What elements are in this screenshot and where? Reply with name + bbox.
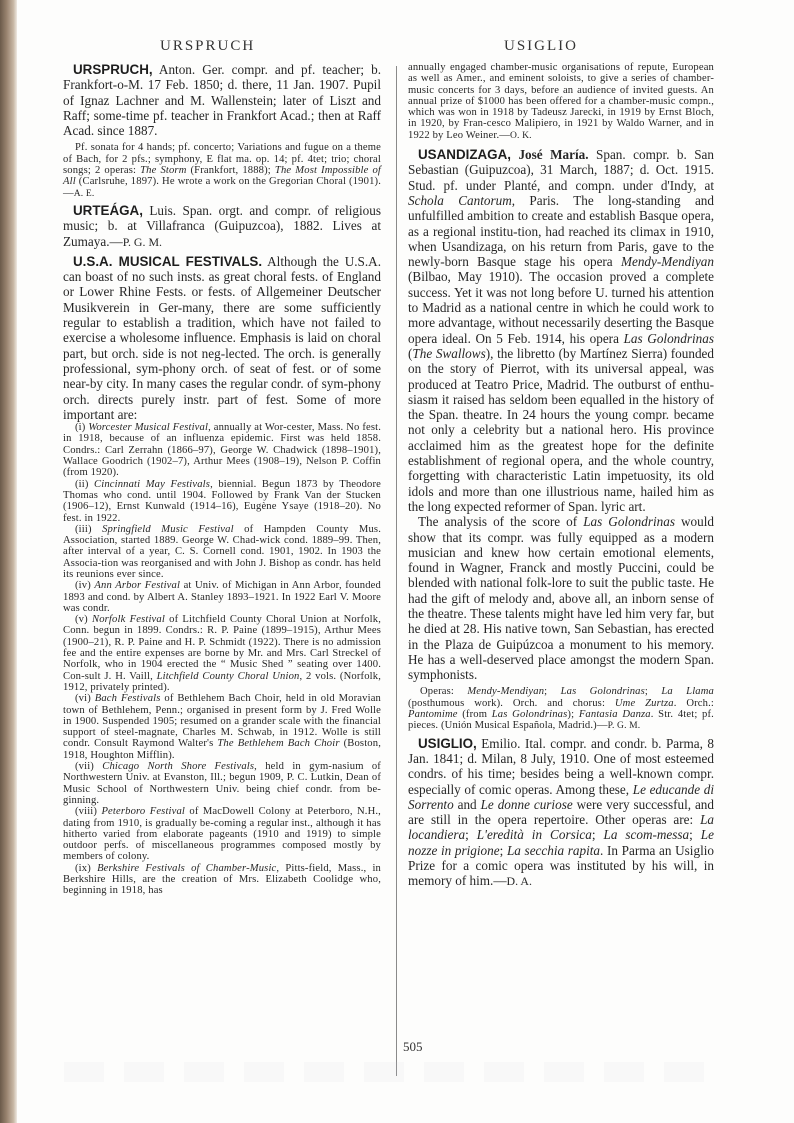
show-through-bleed xyxy=(64,1062,724,1082)
festival-item-7: (vii) Chicago North Shore Festivals, hel… xyxy=(63,761,381,806)
festival-item-3: (iii) Springfield Music Festival of Hamp… xyxy=(63,524,381,580)
right-column: annually engaged chamber-music organisat… xyxy=(408,62,714,890)
contributor-signature: O. K. xyxy=(510,130,532,141)
entry-usiglio: USIGLIO, Emilio. Ital. compr. and condr.… xyxy=(408,736,714,890)
festival-item-6: (vi) Bach Festivals of Bethlehem Bach Ch… xyxy=(63,693,381,761)
works-list: Pf. sonata for 4 hands; pf. concerto; Va… xyxy=(63,142,381,198)
contributor-signature: P. G. M. xyxy=(608,720,641,731)
festival-item-4: (iv) Ann Arbor Festival at Univ. of Mich… xyxy=(63,580,381,614)
contributor-signature: P. G. M. xyxy=(123,235,162,249)
entry-usandizaga: USANDIZAGA, José María. Span. compr. b. … xyxy=(408,147,714,732)
headword: USIGLIO, xyxy=(418,736,477,751)
entry-text: Although the U.S.A. can boast of no such… xyxy=(63,254,381,422)
festival-item-9: (ix) Berkshire Festivals of Chamber-Musi… xyxy=(63,863,381,897)
page-number: 505 xyxy=(403,1039,423,1055)
headword-name: Anton. xyxy=(153,62,196,77)
festival-item-2: (ii) Cincinnati May Festivals, biennial.… xyxy=(63,479,381,524)
entry-urspruch: URSPRUCH, Anton. Ger. compr. and pf. tea… xyxy=(63,62,381,199)
headword: USANDIZAGA, xyxy=(418,147,511,162)
left-column: URSPRUCH, Anton. Ger. compr. and pf. tea… xyxy=(63,62,381,897)
works-list: Operas: Mendy-Mendiyan; Las Golondrinas;… xyxy=(408,686,714,731)
contributor-signature: D. A. xyxy=(507,874,532,888)
festival-item-8: (viii) Peterboro Festival of MacDowell C… xyxy=(63,806,381,862)
headword: URTEÁGA, xyxy=(73,203,143,218)
book-gutter-shadow xyxy=(0,0,17,1123)
festival-item-5: (v) Norfolk Festival of Litchfield Count… xyxy=(63,614,381,693)
entry-usa-musical-festivals: U.S.A. MUSICAL FESTIVALS. Although the U… xyxy=(63,254,381,897)
headword: U.S.A. MUSICAL FESTIVALS. xyxy=(73,254,262,269)
headword: URSPRUCH, xyxy=(73,62,153,77)
contributor-signature: A. E. xyxy=(74,188,95,199)
column-divider xyxy=(396,66,397,1076)
festival-item-1: (i) Worcester Musical Festival, annually… xyxy=(63,422,381,478)
entry-paragraph-2: The analysis of the score of Las Golondr… xyxy=(408,514,714,682)
running-head-right: USIGLIO xyxy=(504,38,578,55)
entry-urteaga: URTEÁGA, Luis. Span. orgt. and compr. of… xyxy=(63,203,381,250)
festivals-continuation: annually engaged chamber-music organisat… xyxy=(408,62,714,141)
running-head-left: URSPRUCH xyxy=(160,38,255,55)
